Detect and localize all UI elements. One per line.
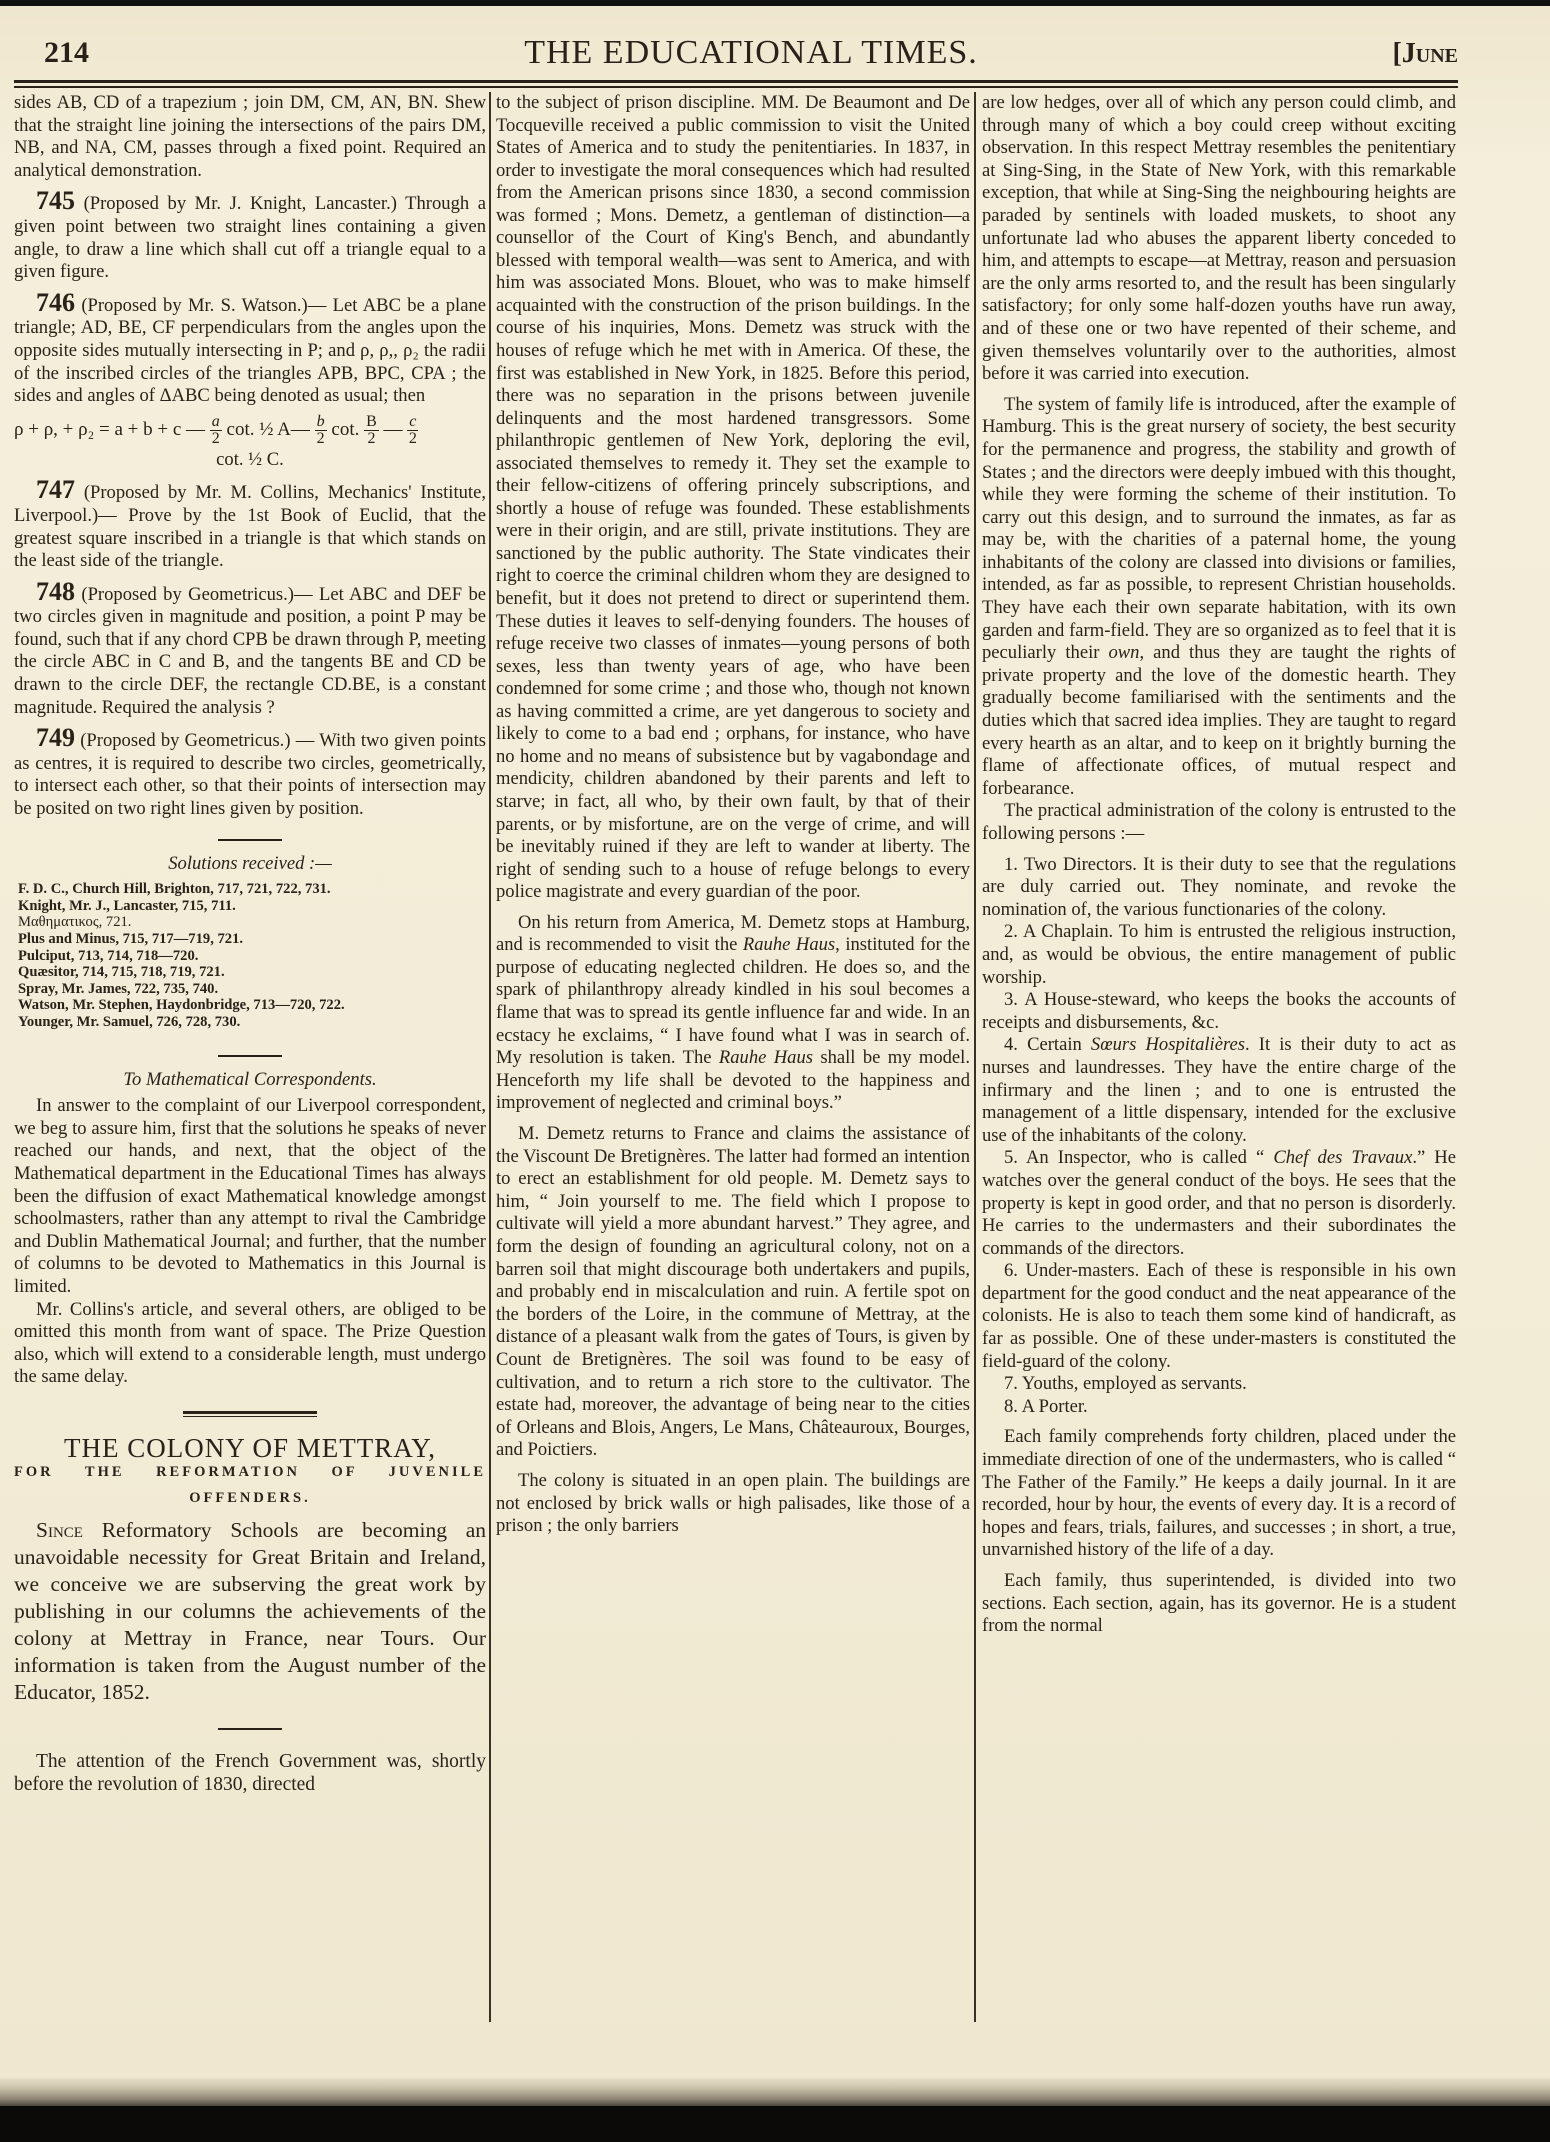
formula-term: cot. — [331, 419, 359, 440]
question-746: 746 (Proposed by Mr. S. Watson.)— Let AB… — [14, 292, 486, 408]
question-number: 745 — [36, 186, 75, 215]
section-rule — [218, 1728, 282, 1730]
solutions-heading: Solutions received :— — [14, 853, 486, 876]
article-paragraph: Each family, thus superintended, is divi… — [982, 1570, 1456, 1638]
frac-den: 2 — [315, 431, 327, 447]
article-paragraph: M. Demetz returns to France and claims t… — [496, 1123, 970, 1462]
question-proposer: (Proposed by Geometricus.) — — [80, 730, 319, 751]
solution-entry: Pulciput, 713, 714, 718—720. — [18, 948, 486, 965]
frac-den: 2 — [210, 431, 222, 447]
formula-lhs: ρ + ρ, + ρ₂ = a + b + c — — [14, 419, 205, 440]
article-paragraph: The practical administration of the colo… — [982, 800, 1456, 845]
page-stack-edge — [0, 2078, 1550, 2108]
column-divider — [489, 92, 491, 2022]
column-3: are low hedges, over all of which any pe… — [982, 92, 1456, 1638]
solution-entry: Plus and Minus, 715, 717—719, 721. — [18, 931, 486, 948]
article-subtitle: OFFENDERS. — [14, 1485, 486, 1511]
solution-entry: Knight, Mr. J., Lancaster, 715, 711. — [18, 898, 486, 915]
italic-term: Sœurs Hospitalières — [1091, 1034, 1245, 1055]
article-paragraph: Each family comprehends forty children, … — [982, 1426, 1456, 1562]
frac-num: c — [407, 414, 418, 431]
column-1: sides AB, CD of a trapezium ; join DM, C… — [14, 92, 486, 1796]
text-run: , and thus they are taught the rights of… — [982, 642, 1456, 799]
formula-term: cot. ½ A— — [227, 419, 310, 440]
question-744-tail: sides AB, CD of a trapezium ; join DM, C… — [14, 92, 486, 182]
article-title: THE COLONY OF METTRAY, — [14, 1437, 486, 1460]
question-number: 747 — [36, 475, 75, 504]
question-745: 745 (Proposed by Mr. J. Knight, Lancaste… — [14, 190, 486, 283]
question-proposer: (Proposed by Mr. S. Watson.)— — [81, 295, 326, 316]
solution-entry: Spray, Mr. James, 722, 735, 740. — [18, 981, 486, 998]
frac-den: 2 — [364, 431, 379, 447]
question-748: 748 (Proposed by Geometricus.)— Let ABC … — [14, 581, 486, 720]
correspondents-paragraph: In answer to the complaint of our Liverp… — [14, 1095, 486, 1298]
article-body-start: The attention of the French Government w… — [14, 1750, 486, 1796]
question-749: 749 (Proposed by Geometricus.) — With tw… — [14, 727, 486, 820]
solutions-list: F. D. C., Church Hill, Brighton, 717, 72… — [14, 881, 486, 1030]
header-rule — [14, 80, 1458, 83]
frac-num: B — [364, 414, 379, 431]
article-subtitle: FOR THE REFORMATION OF JUVENILE — [14, 1459, 486, 1485]
frac-num: a — [210, 414, 222, 431]
column-divider — [974, 92, 976, 2022]
list-item: 6. Under-masters. Each of these is respo… — [982, 1260, 1456, 1373]
header-rule-thin — [14, 86, 1458, 88]
solution-entry: Quæsitor, 714, 715, 718, 719, 721. — [18, 964, 486, 981]
frac-num: b — [315, 414, 327, 431]
italic-term: Chef des Travaux — [1273, 1147, 1412, 1168]
formula: ρ + ρ, + ρ₂ = a + b + c — a2 cot. ½ A— b… — [14, 414, 486, 447]
formula-continuation: cot. ½ C. — [14, 449, 486, 472]
lead-first-word: Since — [36, 1518, 83, 1542]
lead-text: Reformatory Schools are becoming an unav… — [14, 1518, 486, 1704]
question-number: 748 — [36, 577, 75, 606]
fraction: B2 — [364, 414, 379, 447]
question-747: 747 (Proposed by Mr. M. Collins, Mechani… — [14, 479, 486, 572]
article-separator — [183, 1411, 317, 1417]
list-item: 3. A House-steward, who keeps the books … — [982, 989, 1456, 1034]
question-number: 746 — [36, 288, 75, 317]
correspondents-heading: To Mathematical Correspondents. — [14, 1069, 486, 1092]
section-rule — [218, 839, 282, 841]
list-item: 5. An Inspector, who is called “ Chef de… — [982, 1147, 1456, 1260]
article-paragraph: On his return from America, M. Demetz st… — [496, 912, 970, 1115]
scan-background — [0, 2106, 1550, 2142]
correspondents-paragraph: Mr. Collins's article, and several other… — [14, 1299, 486, 1389]
question-proposer: (Proposed by Mr. J. Knight, Lancaster.) — [84, 193, 397, 214]
question-number: 749 — [36, 723, 75, 752]
italic-term: own — [1108, 642, 1139, 663]
frac-den: 2 — [407, 431, 418, 447]
article-paragraph: The colony is situated in an open plain.… — [496, 1470, 970, 1538]
italic-term: Rauhe Haus — [719, 1047, 813, 1068]
list-item: 1. Two Directors. It is their duty to se… — [982, 854, 1456, 922]
question-proposer: (Proposed by Geometricus.)— — [81, 584, 312, 605]
solution-entry: Watson, Mr. Stephen, Haydonbridge, 713—7… — [18, 997, 486, 1014]
column-2: to the subject of prison discipline. MM.… — [496, 92, 970, 1538]
text-run: The system of family life is introduced,… — [982, 394, 1456, 664]
solution-entry: F. D. C., Church Hill, Brighton, 717, 72… — [18, 881, 486, 898]
solution-entry: Μαθηματικος, 721. — [18, 914, 486, 931]
list-item: 7. Youths, employed as servants. — [982, 1373, 1456, 1396]
list-item: 2. A Chaplain. To him is entrusted the r… — [982, 921, 1456, 989]
masthead-title: THE EDUCATIONAL TIMES. — [44, 34, 1458, 72]
article-lead: Since Reformatory Schools are becoming a… — [14, 1517, 486, 1706]
fraction: b2 — [315, 414, 327, 447]
fraction: c2 — [407, 414, 418, 447]
article-paragraph: are low hedges, over all of which any pe… — [982, 92, 1456, 386]
list-item: 4. Certain Sœurs Hospitalières. It is th… — [982, 1034, 1456, 1147]
page-header: 214 THE EDUCATIONAL TIMES. [June — [44, 36, 1458, 80]
article-paragraph: to the subject of prison discipline. MM.… — [496, 92, 970, 904]
section-rule — [218, 1055, 282, 1057]
fraction: a2 — [210, 414, 222, 447]
formula-term: — — [384, 419, 403, 440]
solution-entry: Younger, Mr. Samuel, 726, 728, 730. — [18, 1014, 486, 1031]
text-run: 4. Certain — [1004, 1034, 1091, 1055]
issue-month: [June — [1392, 38, 1458, 70]
article-paragraph: The system of family life is introduced,… — [982, 394, 1456, 801]
list-item: 8. A Porter. — [982, 1396, 1456, 1419]
text-run: 5. An Inspector, who is called “ — [1004, 1147, 1273, 1168]
italic-term: Rauhe Haus — [743, 934, 835, 955]
